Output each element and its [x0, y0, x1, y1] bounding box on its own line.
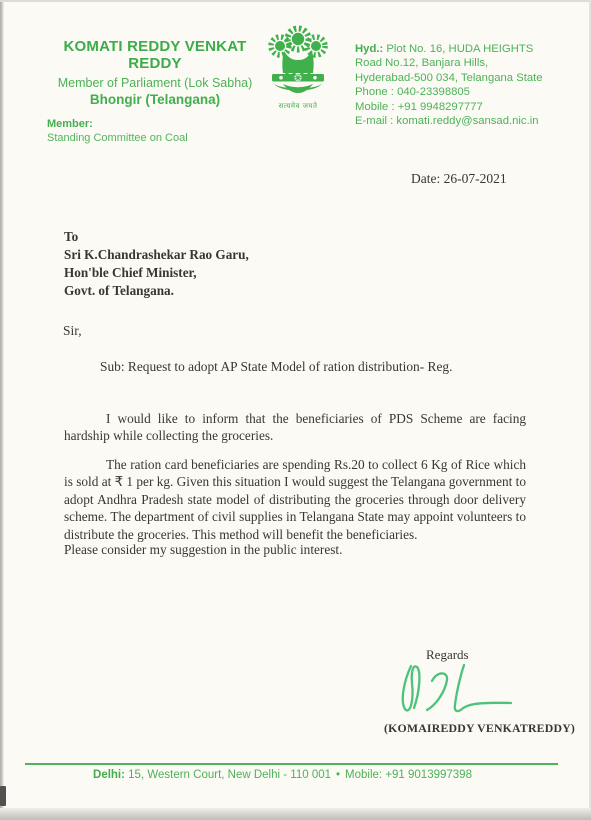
- signatory-name: (KOMAIREDDY VENKATREDDY): [384, 721, 575, 736]
- letterhead-left-block: KOMATI REDDY VENKAT REDDY Member of Parl…: [36, 38, 274, 145]
- mp-constituency: Bhongir (Telangana): [36, 92, 274, 107]
- delhi-label: Delhi:: [93, 769, 125, 781]
- scan-smudge: [0, 786, 6, 806]
- recipient-line-to: To: [64, 228, 249, 246]
- recipient-line-name: Sri K.Chandrashekar Rao Garu,: [64, 246, 249, 264]
- footer-address: Delhi: 15, Western Court, New Delhi - 11…: [0, 769, 565, 781]
- footer-separator: •: [336, 769, 340, 781]
- signature-icon: [398, 659, 518, 719]
- emblem-heads-body: [272, 33, 324, 93]
- hyd-label: Hyd.:: [355, 43, 383, 55]
- member-label: Member:: [47, 118, 274, 132]
- body-paragraph-1: I would like to inform that the benefici…: [64, 410, 526, 445]
- address-line-2: Road No.12, Banjara Hills,: [355, 56, 577, 70]
- mobile-line: Mobile : +91 9948297777: [355, 100, 577, 114]
- committee-name: Standing Committee on Coal: [47, 132, 274, 146]
- address-line-1: Hyd.: Plot No. 16, HUDA HEIGHTS: [355, 42, 577, 56]
- hyd-address: Plot No. 16, HUDA HEIGHTS: [383, 43, 533, 55]
- email-line: E-mail : komati.reddy@sansad.nic.in: [355, 114, 577, 128]
- mp-name: KOMATI REDDY VENKAT REDDY: [36, 38, 274, 72]
- phone-line: Phone : 040-23398805: [355, 85, 577, 99]
- recipient-line-govt: Govt. of Telangana.: [64, 282, 249, 300]
- scan-edge-bottom: [0, 808, 591, 820]
- letterhead-address-block: Hyd.: Plot No. 16, HUDA HEIGHTS Road No.…: [355, 42, 577, 128]
- body-paragraph-2: The ration card beneficiaries are spendi…: [64, 456, 526, 543]
- salutation: Sir,: [63, 323, 82, 339]
- emblem-motto: सत्यमेव जयते: [261, 102, 335, 110]
- recipient-line-title: Hon'ble Chief Minister,: [64, 264, 249, 282]
- subject-line: Sub: Request to adopt AP State Model of …: [100, 359, 452, 375]
- mp-title: Member of Parliament (Lok Sabha): [36, 76, 274, 90]
- committee-membership: Member: Standing Committee on Coal: [36, 118, 274, 145]
- recipient-block: To Sri K.Chandrashekar Rao Garu, Hon'ble…: [64, 228, 249, 300]
- footer-mobile: Mobile: +91 9013997398: [345, 769, 472, 781]
- letter-date: Date: 26-07-2021: [411, 171, 507, 187]
- scanned-letter-page: KOMATI REDDY VENKAT REDDY Member of Parl…: [0, 0, 591, 820]
- delhi-address: 15, Western Court, New Delhi - 110 001: [125, 769, 331, 781]
- scan-edge-top: [0, 0, 591, 2]
- body-paragraph-3: Please consider my suggestion in the pub…: [64, 541, 526, 558]
- national-emblem: सत्यमेव जयते: [261, 20, 335, 110]
- footer-divider: [25, 763, 558, 765]
- national-emblem-icon: [261, 20, 335, 96]
- scan-edge-left: [0, 0, 4, 820]
- address-line-3: Hyderabad-500 034, Telangana State: [355, 71, 577, 85]
